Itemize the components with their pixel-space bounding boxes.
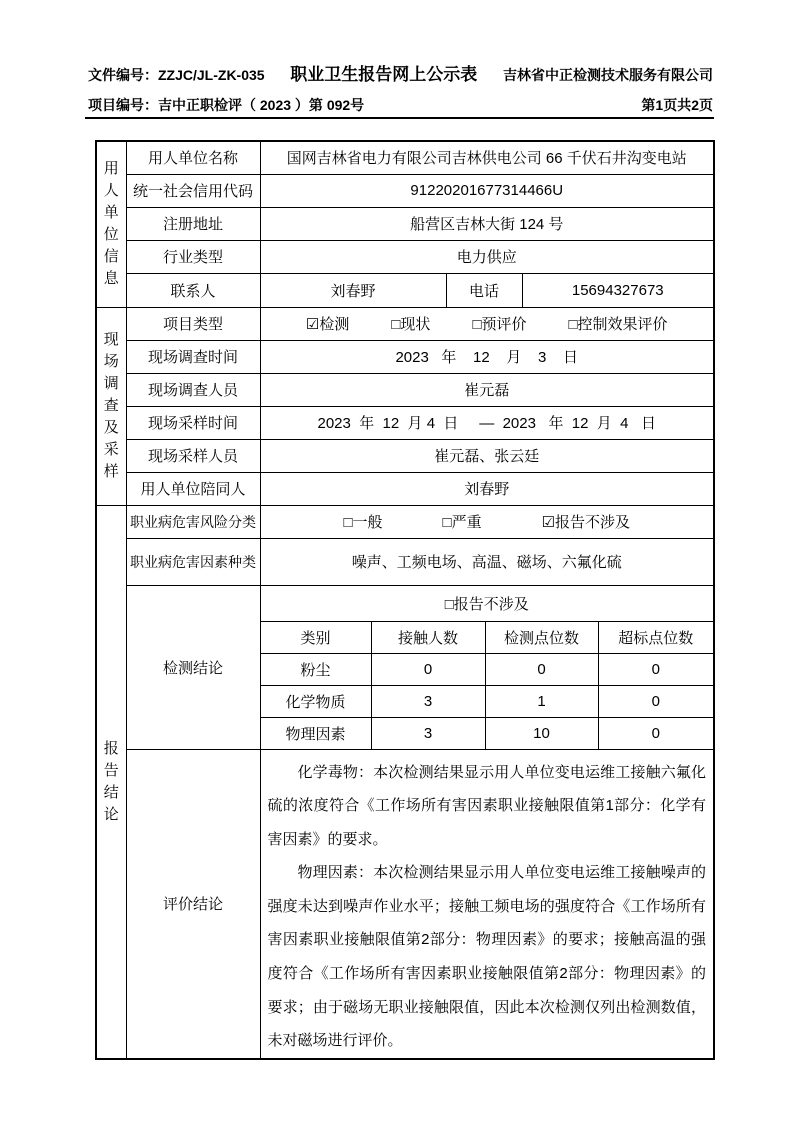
document-page: 文件编号：ZZJC/JL-ZK-035 职业卫生报告网上公示表 吉林省中正检测技…	[0, 0, 794, 1122]
value-registered-address: 船营区吉林大街 124 号	[260, 207, 714, 240]
evaluation-paragraph-chemical: 化学毒物：本次检测结果显示用人单位变电运维工接触六氟化硫的浓度符合《工作场所有害…	[268, 756, 707, 857]
checkbox-detection-not-involved: □报告不涉及	[261, 586, 714, 621]
cell-exceeding-points: 0	[598, 686, 714, 717]
label-registered-address: 注册地址	[126, 207, 260, 240]
value-sampling-personnel: 崔元磊、张云廷	[260, 439, 714, 472]
value-employer-escort: 刘春野	[260, 472, 714, 505]
section-report-conclusion: 报告结论	[96, 505, 126, 1059]
detection-table-row-chemical: 化学物质 3 1 0	[261, 685, 714, 717]
cell-exceeding-points: 0	[598, 654, 714, 685]
label-project-type: 项目类型	[126, 307, 260, 340]
checkbox-not-involved: ☑报告不涉及	[542, 511, 630, 532]
cell-exposed-count: 0	[371, 654, 485, 685]
project-number: 项目编号：吉中正职检评（ 2023 ）第 092号	[88, 95, 364, 115]
cell-detected-points: 0	[485, 654, 598, 685]
page-header-line2: 项目编号：吉中正职检评（ 2023 ）第 092号 第1页共2页	[88, 95, 713, 115]
label-evaluation-conclusion: 评价结论	[126, 749, 260, 1059]
label-credit-code: 统一社会信用代码	[126, 174, 260, 207]
label-contact-person: 联系人	[126, 273, 260, 307]
section-survey-sampling: 现场调查及采样	[96, 307, 126, 505]
cell-category: 粉尘	[261, 654, 371, 685]
label-sampling-personnel: 现场采样人员	[126, 439, 260, 472]
label-detection-conclusion: 检测结论	[126, 585, 260, 749]
value-hazard-factor-types: 噪声、工频电场、高温、磁场、六氟化硫	[260, 538, 714, 585]
checkbox-severe: □严重	[443, 511, 482, 532]
value-survey-date: 2023 年 12 月 3 日	[260, 340, 714, 373]
evaluation-paragraph-physical: 物理因素：本次检测结果显示用人单位变电运维工接触噪声的强度未达到噪声作业水平；接…	[268, 856, 707, 1058]
evaluation-conclusion-cell: 化学毒物：本次检测结果显示用人单位变电运维工接触六氟化硫的浓度符合《工作场所有害…	[260, 749, 714, 1059]
cell-exceeding-points: 0	[598, 718, 714, 749]
value-industry-type: 电力供应	[260, 240, 714, 273]
checkbox-detection: ☑检测	[306, 313, 349, 334]
label-sampling-date: 现场采样时间	[126, 406, 260, 439]
header-divider	[85, 117, 714, 119]
section-label-conclusion: 报告结论	[103, 738, 119, 826]
section-label-survey: 现场调查及采样	[103, 329, 119, 483]
detection-table-header-row: 类别 接触人数 检测点位数 超标点位数	[261, 621, 714, 653]
label-employer-escort: 用人单位陪同人	[126, 472, 260, 505]
label-hazard-risk-class: 职业病危害风险分类	[126, 505, 260, 538]
detection-table-row-dust: 粉尘 0 0 0	[261, 653, 714, 685]
value-sampling-date: 2023 年 12 月 4 日 — 2023 年 12 月 4 日	[260, 406, 714, 439]
file-number: 文件编号：ZZJC/JL-ZK-035	[88, 65, 265, 85]
detection-table-row-physical: 物理因素 3 10 0	[261, 717, 714, 749]
form-table: 用人单位信息 用人单位名称 国网吉林省电力有限公司吉林供电公司 66 千伏石井沟…	[95, 140, 715, 1060]
cell-category: 化学物质	[261, 686, 371, 717]
risk-class-options: □一般 □严重 ☑报告不涉及	[260, 505, 714, 538]
column-header-exceeding-points: 超标点位数	[598, 622, 714, 653]
checkbox-pre-evaluation: □预评价	[472, 313, 526, 334]
value-survey-personnel: 崔元磊	[260, 373, 714, 406]
column-header-category: 类别	[261, 622, 371, 653]
detection-conclusion-cell: □报告不涉及 类别 接触人数 检测点位数 超标点位数 粉尘 0 0 0 化	[260, 585, 714, 749]
phone-number: 15694327673	[523, 274, 714, 307]
cell-exposed-count: 3	[371, 718, 485, 749]
label-survey-date: 现场调查时间	[126, 340, 260, 373]
cell-detected-points: 1	[485, 686, 598, 717]
page-header-line1: 文件编号：ZZJC/JL-ZK-035 职业卫生报告网上公示表 吉林省中正检测技…	[88, 60, 713, 85]
label-hazard-factor-types: 职业病危害因素种类	[126, 538, 260, 585]
label-survey-personnel: 现场调查人员	[126, 373, 260, 406]
label-employer-name: 用人单位名称	[126, 141, 260, 174]
contact-row: 刘春野 电话 15694327673	[260, 273, 714, 307]
column-header-exposed-count: 接触人数	[371, 622, 485, 653]
column-header-detected-points: 检测点位数	[485, 622, 598, 653]
value-employer-name: 国网吉林省电力有限公司吉林供电公司 66 千伏石井沟变电站	[260, 141, 714, 174]
cell-category: 物理因素	[261, 718, 371, 749]
cell-detected-points: 10	[485, 718, 598, 749]
value-credit-code: 91220201677314466U	[260, 174, 714, 207]
label-industry-type: 行业类型	[126, 240, 260, 273]
checkbox-control-effect-evaluation: □控制效果评价	[569, 313, 668, 334]
project-type-options: ☑检测 □现状 □预评价 □控制效果评价	[260, 307, 714, 340]
section-label-employer: 用人单位信息	[103, 158, 119, 290]
page-number: 第1页共2页	[641, 95, 713, 115]
document-title: 职业卫生报告网上公示表	[290, 60, 477, 85]
contact-name: 刘春野	[261, 274, 446, 307]
checkbox-general: □一般	[343, 511, 382, 532]
section-employer-info: 用人单位信息	[96, 141, 126, 307]
phone-label: 电话	[446, 274, 523, 307]
checkbox-status-quo: □现状	[391, 313, 430, 334]
cell-exposed-count: 3	[371, 686, 485, 717]
company-name: 吉林省中正检测技术服务有限公司	[503, 65, 713, 85]
